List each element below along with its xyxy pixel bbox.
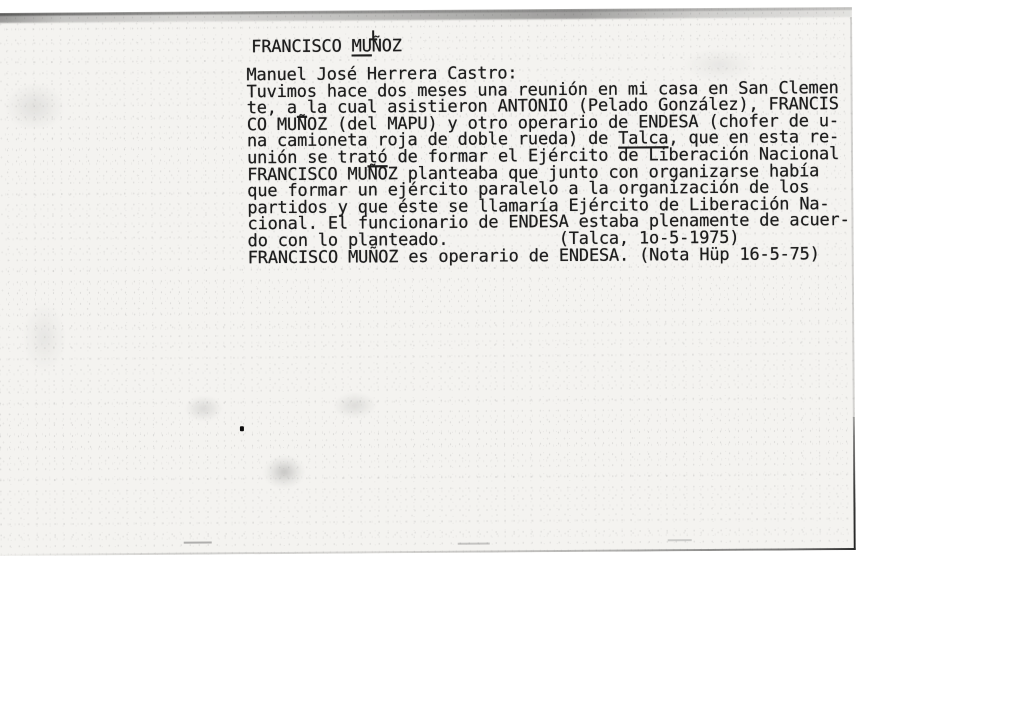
scan-dash-mark <box>458 543 490 545</box>
ink-dot <box>240 426 244 431</box>
document-card: FRANCISCO MUÑOZ Manuel José Herrera Cast… <box>0 7 856 556</box>
smudge <box>185 395 223 421</box>
document-body: Manuel José Herrera Castro:Tuvimos hace … <box>246 63 855 267</box>
text-run: FRANCISCO MUÑOZ es operario de ENDESA. (… <box>248 244 820 268</box>
card-corner-shadow <box>830 542 856 550</box>
card-right-edge-soft <box>850 17 855 417</box>
body-line: FRANCISCO MUÑOZ es operario de ENDESA. (… <box>248 245 856 266</box>
text-run: FRANCISCO <box>251 36 351 57</box>
scan-dash-mark <box>668 539 692 541</box>
smudge <box>5 82 65 130</box>
card-bottom-edge <box>0 548 856 556</box>
scan-dash-mark <box>184 541 212 543</box>
card-right-edge <box>852 417 855 550</box>
smudge <box>333 392 377 418</box>
document-title: FRANCISCO MUÑOZ <box>251 38 402 56</box>
smudge <box>263 455 305 489</box>
smudge <box>22 302 66 372</box>
accent-tick-mark <box>372 30 374 40</box>
